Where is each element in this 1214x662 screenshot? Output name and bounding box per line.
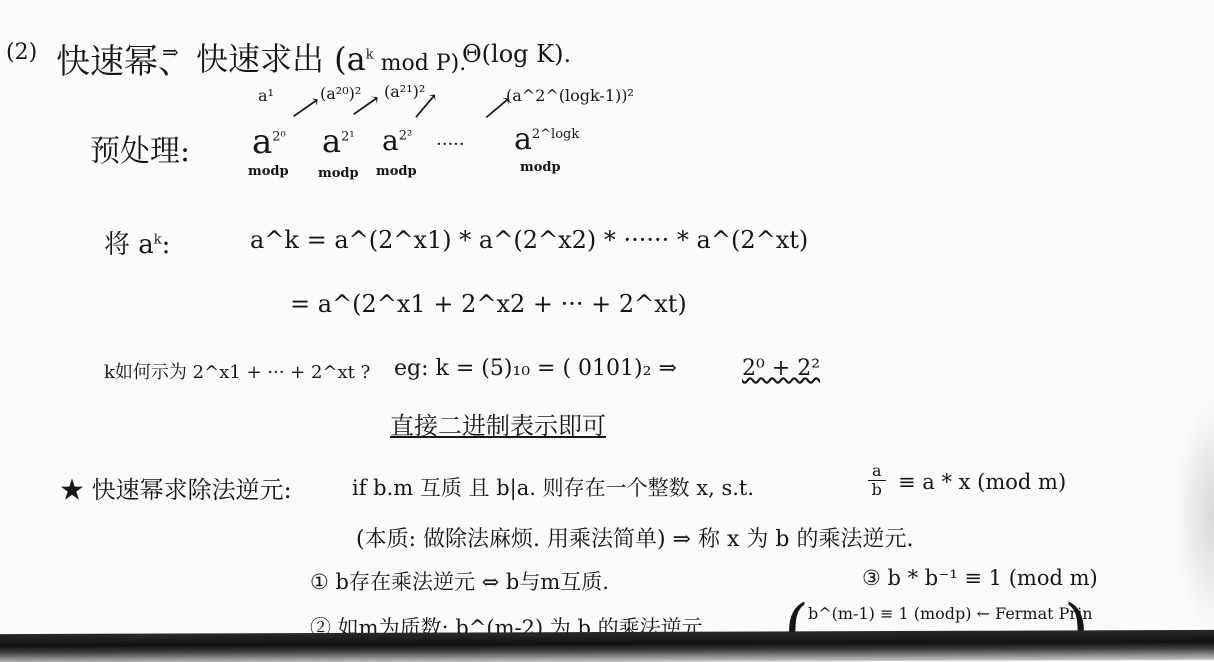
term-base-3: a [514,122,532,157]
implies-arrow: ⇒ [162,40,179,64]
term-0: a2⁰ [252,122,286,162]
complexity: Θ(log K). [462,40,571,68]
term-2: a2² [382,124,412,157]
term-3: a2^logk [514,122,579,157]
decompose-exp: k [154,232,162,247]
term-exp-0: 2⁰ [272,130,285,145]
section-number: (2) [6,40,37,65]
decompose-line2: = a^(2^x1 + 2^x2 + ··· + 2^xt) [290,290,687,318]
term-above-0: a¹ [258,86,274,105]
example-text: eg: k = (5)₁₀ = ( 0101)₂ ⇒ [394,356,677,381]
inverse-label: ★ 快速幂求除法逆元: [60,470,292,505]
term-base-0: a [252,122,272,162]
term-1: a2¹ [322,122,355,160]
term-base-2: a [382,124,399,157]
decompose-line1: a^k = a^(2^x1) * a^(2^x2) * ······ * a^(… [250,226,808,254]
inverse-condition: if b.m 互质 且 b|a. 则存在一个整数 x, s.t. [352,472,754,502]
decompose-text: 将 a [104,230,154,260]
term-below-1: modp [318,166,359,181]
question-text: k如何示为 2^x1 + ··· + 2^xt ? [104,358,370,384]
fraction-numerator: a [868,462,886,481]
term-exp-2: 2² [399,129,412,144]
term-below-3: modp [520,160,561,175]
essence-text: (本质: 做除法麻烦. 用乘法简单) ⇒ 称 x 为 b 的乘法逆元. [356,522,913,553]
decompose-label: 将 ak: [104,224,170,261]
point-3: ③ b * b⁻¹ ≡ 1 (mod m) [862,566,1098,590]
point-1: ① b存在乘法逆元 ⇔ b与m互质. [310,566,609,596]
fermat-line1: b^(m-1) ≡ 1 (modp) ← Fermat Prin [808,604,1093,623]
term-exp-1: 2¹ [341,129,354,144]
preprocess-label: 预处理: [90,126,190,170]
term-exp-3: 2^logk [532,127,579,142]
decompose-colon: : [162,230,171,260]
fraction: a b [868,462,886,499]
example-result: 2⁰ + 2² [742,356,820,381]
ellipsis: ····· [436,134,465,155]
answer-text: 直接二进制表示即可 [390,406,606,441]
term-above-3: (a^2^(logk-1))² [506,86,634,105]
page-edge [0,630,1214,662]
term-below-0: modp [248,164,289,179]
congruence: ≡ a * x (mod m) [898,470,1066,494]
goal-text: 快速求出 (ak mod P). [196,34,466,80]
goal-label: 快速求出 (a [196,40,366,78]
goal-mod: mod P). [374,51,467,76]
goal-exponent: k [366,47,374,62]
term-below-2: modp [376,164,417,179]
page-shadow [1174,400,1214,630]
term-base-1: a [322,122,341,160]
fraction-denominator: b [868,481,886,499]
